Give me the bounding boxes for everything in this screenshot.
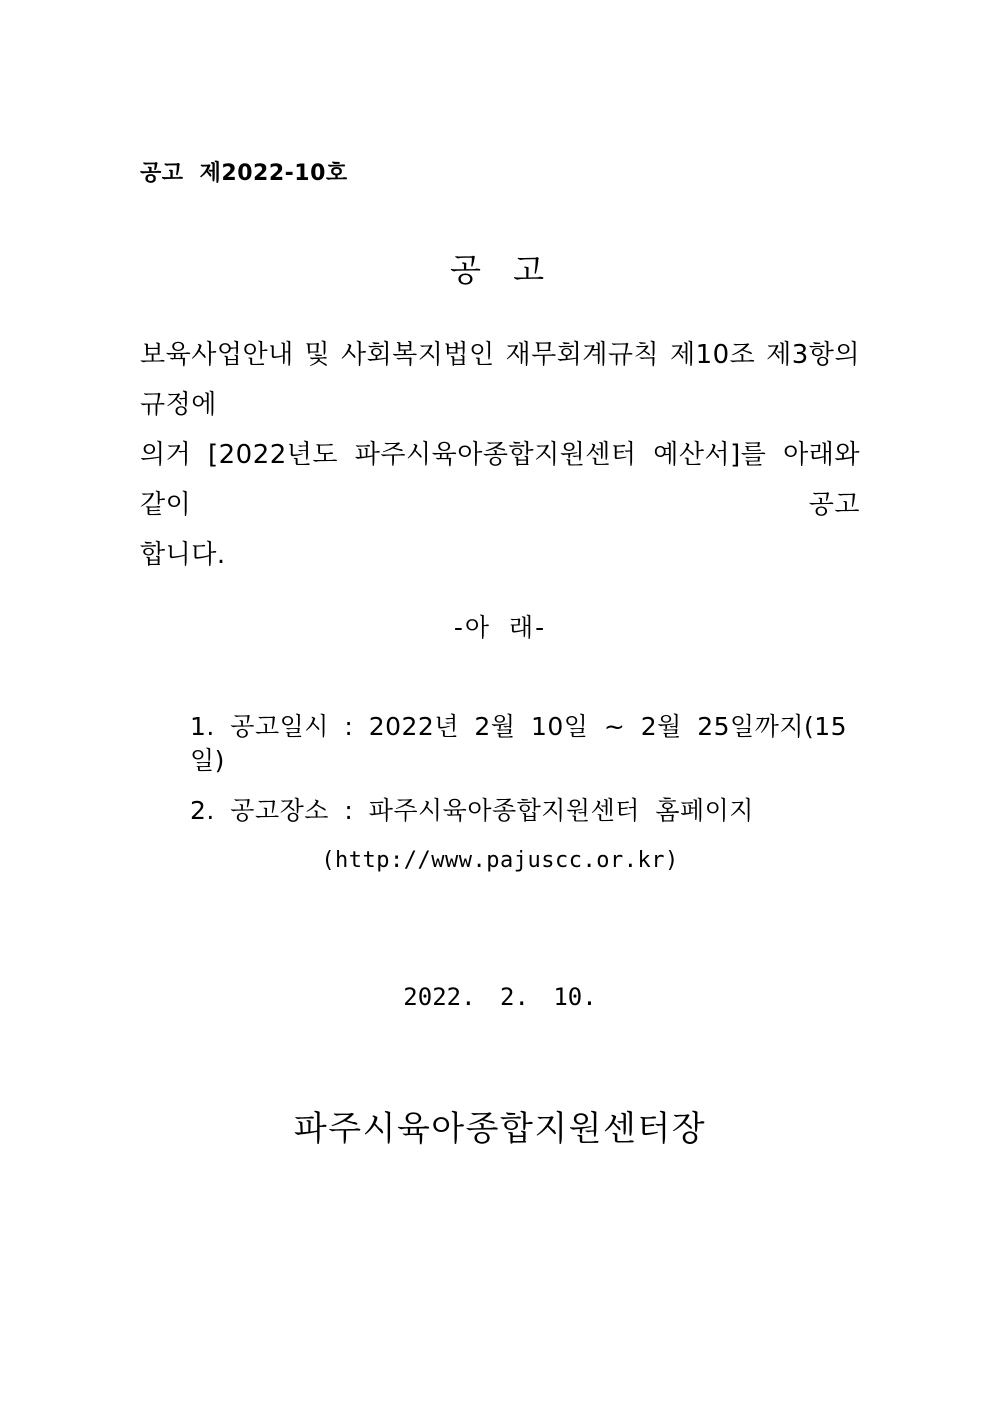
- paragraph-line: 의거 [2022년도 파주시육아종합지원센터 예산서]를 아래와 같이 공고: [140, 430, 860, 530]
- signature-title: 파주시육아종합지원센터장: [140, 1107, 860, 1151]
- list-item-notice-period: 1. 공고일시 : 2022년 2월 10일 ~ 2월 25일까지(15일): [190, 710, 860, 778]
- notice-detail-list: 1. 공고일시 : 2022년 2월 10일 ~ 2월 25일까지(15일) 2…: [140, 710, 860, 828]
- list-item-notice-location: 2. 공고장소 : 파주시육아종합지원센터 홈페이지: [190, 794, 860, 828]
- notice-number: 공고 제2022-10호: [140, 160, 860, 188]
- website-url: (http://www.pajuscc.or.kr): [140, 846, 860, 876]
- below-section-label: -아 래-: [140, 612, 860, 644]
- paragraph-line: 보육사업안내 및 사회복지법인 재무회계규칙 제10조 제3항의 규정에: [140, 330, 860, 430]
- document-page: 공고 제2022-10호 공 고 보육사업안내 및 사회복지법인 재무회계규칙 …: [0, 0, 992, 1403]
- body-paragraph: 보육사업안내 및 사회복지법인 재무회계규칙 제10조 제3항의 규정에 의거 …: [140, 330, 860, 580]
- notice-date: 2022. 2. 10.: [140, 982, 860, 1012]
- document-title: 공 고: [140, 250, 860, 290]
- paragraph-line: 합니다.: [140, 530, 860, 580]
